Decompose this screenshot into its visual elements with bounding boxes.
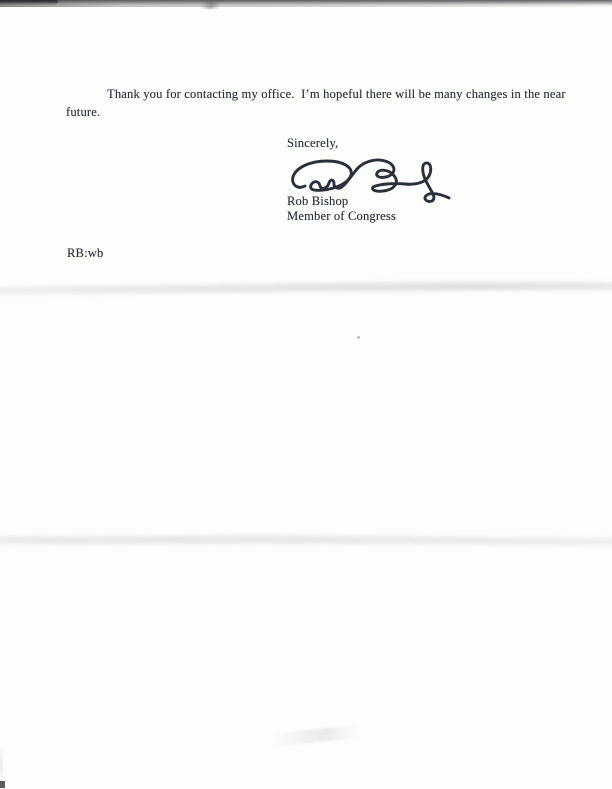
scan-smudge [258,723,377,748]
scan-corner-mark [0,781,5,788]
scan-speck [357,336,360,339]
signer-title: Member of Congress [287,209,396,224]
scan-edge-strip [0,742,3,784]
closing-salutation: Sincerely, [287,136,338,151]
paper-fold-line-lower [0,531,612,551]
reference-initials: RB:wb [67,246,103,261]
signer-name: Rob Bishop [287,194,348,209]
scanner-edge-corner-dark [0,0,58,5]
paragraph-line: future. [66,103,566,121]
paper-fold-line-upper [0,279,612,300]
scanner-edge-shadow [0,0,612,7]
scanned-letter-page: Thank you for contacting my office. I’m … [0,0,612,789]
paragraph-line: Thank you for contacting my office. I’m … [66,85,566,103]
scanner-edge-streak [188,0,234,9]
letter-body-paragraph: Thank you for contacting my office. I’m … [66,85,566,121]
